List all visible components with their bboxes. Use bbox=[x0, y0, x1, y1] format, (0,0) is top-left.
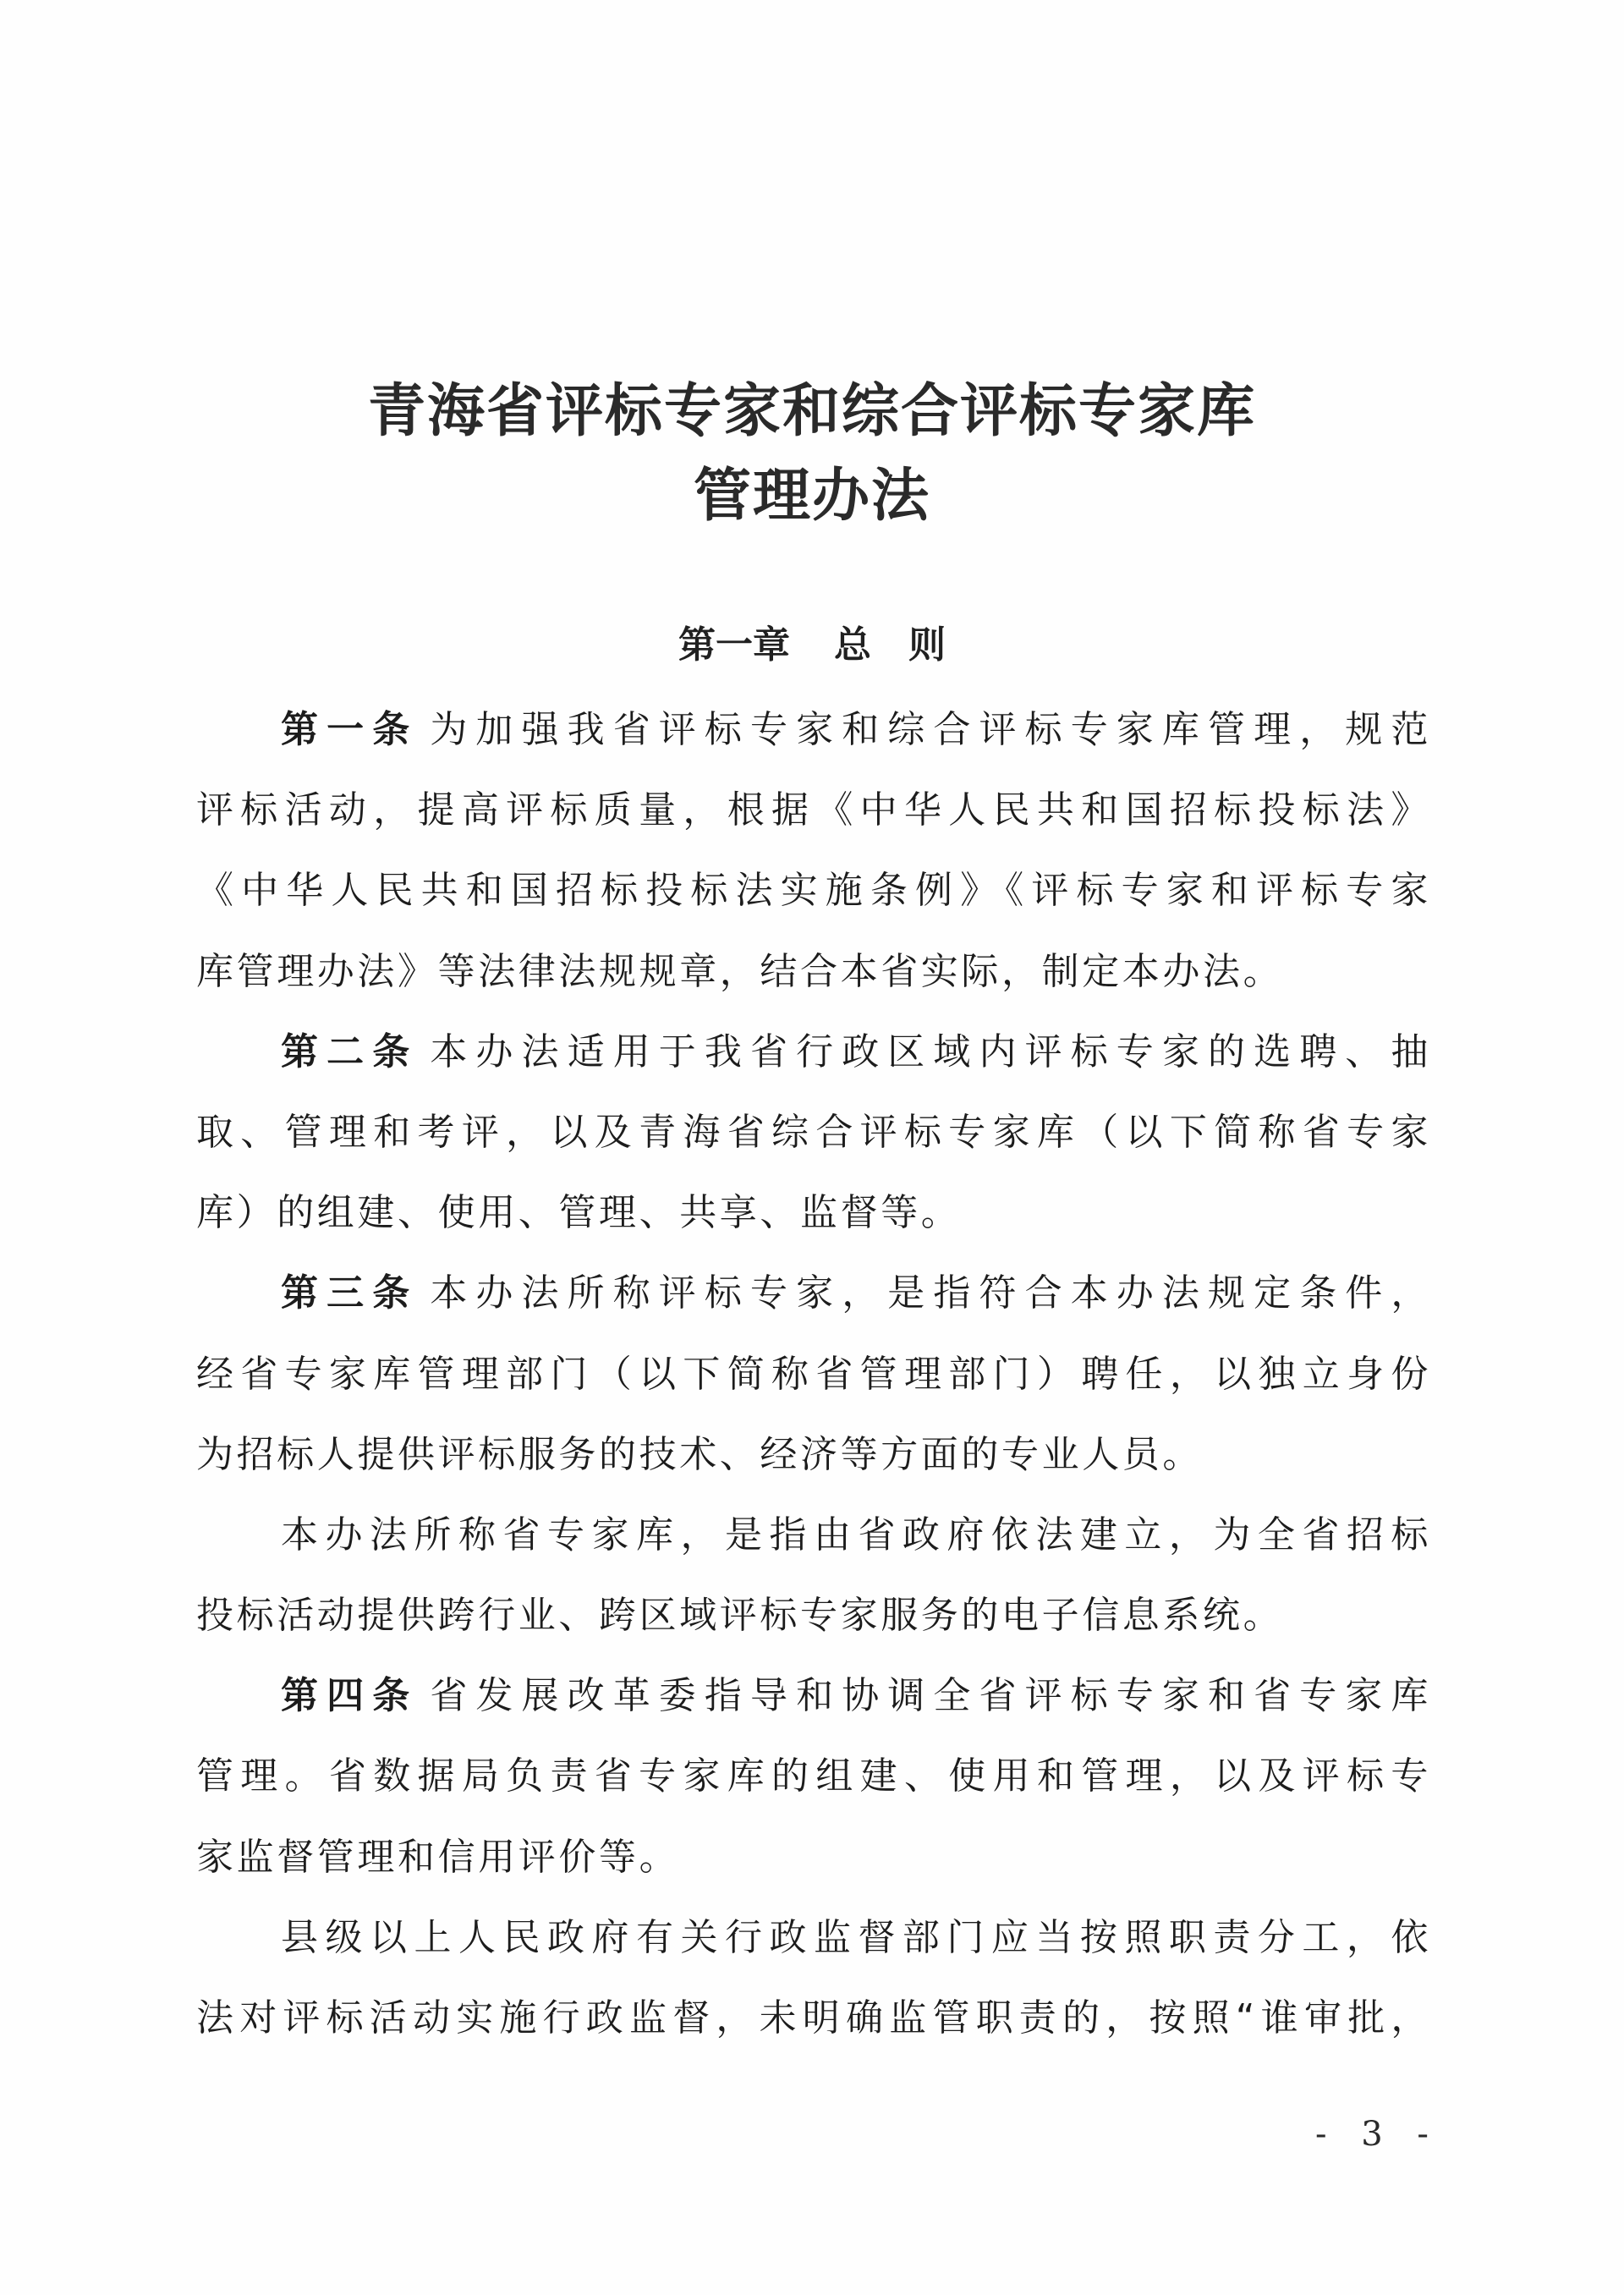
chapter-number: 第一章 bbox=[678, 614, 790, 668]
paragraph-line: 本办法所称省专家库，是指由省政府依法建立，为全省招标 bbox=[196, 1495, 1431, 1575]
paragraph-line: 经省专家库管理部门（以下简称省管理部门）聘任，以独立身份 bbox=[196, 1334, 1431, 1414]
paragraph-line: 评标活动，提高评标质量，根据《中华人民共和国招标投标法》 bbox=[196, 770, 1431, 850]
document-title-line-1: 青海省评标专家和综合评标专家库 bbox=[0, 365, 1624, 447]
paragraph-line: 《中华人民共和国招标投标法实施条例》《评标专家和评标专家 bbox=[196, 850, 1431, 931]
paragraph-text: 省发展改革委指导和协调全省评标专家和省专家库 bbox=[430, 1674, 1431, 1717]
article-label: 第四条 bbox=[281, 1674, 418, 1717]
article-label: 第一条 bbox=[281, 708, 418, 751]
document-title-line-2: 管理办法 bbox=[0, 450, 1624, 532]
paragraph-line: 为招标人提供评标服务的技术、经济等方面的专业人员。 bbox=[196, 1414, 1431, 1495]
page-number: - 3 - bbox=[1315, 2115, 1440, 2154]
paragraph-line: 库管理办法》等法律法规规章，结合本省实际，制定本办法。 bbox=[196, 931, 1431, 1012]
document-body: 第一条为加强我省评标专家和综合评标专家库管理，规范 评标活动，提高评标质量，根据… bbox=[196, 689, 1431, 2058]
paragraph-line: 库）的组建、使用、管理、共享、监督等。 bbox=[196, 1172, 1431, 1253]
paragraph-text: 本办法适用于我省行政区域内评标专家的选聘、抽 bbox=[430, 1030, 1431, 1073]
paragraph-line: 第四条省发展改革委指导和协调全省评标专家和省专家库 bbox=[196, 1655, 1431, 1736]
article-label: 第三条 bbox=[281, 1271, 418, 1315]
paragraph-line: 投标活动提供跨行业、跨区域评标专家服务的电子信息系统。 bbox=[196, 1575, 1431, 1655]
paragraph-line: 家监督管理和信用评价等。 bbox=[196, 1817, 1431, 1897]
paragraph-text: 本办法所称评标专家，是指符合本办法规定条件， bbox=[430, 1271, 1431, 1315]
paragraph-line: 取、管理和考评，以及青海省综合评标专家库（以下简称省专家 bbox=[196, 1092, 1431, 1172]
paragraph-line: 第二条本办法适用于我省行政区域内评标专家的选聘、抽 bbox=[196, 1012, 1431, 1092]
paragraph-line: 法对评标活动实施行政监督，未明确监管职责的，按照“谁审批， bbox=[196, 1978, 1431, 2058]
paragraph-line: 第三条本办法所称评标专家，是指符合本办法规定条件， bbox=[196, 1253, 1431, 1333]
article-label: 第二条 bbox=[281, 1030, 418, 1073]
paragraph-text: 为加强我省评标专家和综合评标专家库管理，规范 bbox=[430, 708, 1431, 751]
document-page: 青海省评标专家和综合评标专家库 管理办法 第一章总 则 第一条为加强我省评标专家… bbox=[0, 0, 1624, 2295]
paragraph-line: 县级以上人民政府有关行政监督部门应当按照职责分工，依 bbox=[196, 1897, 1431, 1978]
chapter-heading: 第一章总 则 bbox=[0, 614, 1624, 668]
chapter-name: 总 则 bbox=[834, 614, 946, 668]
paragraph-line: 第一条为加强我省评标专家和综合评标专家库管理，规范 bbox=[196, 689, 1431, 770]
paragraph-line: 管理。省数据局负责省专家库的组建、使用和管理，以及评标专 bbox=[196, 1736, 1431, 1816]
